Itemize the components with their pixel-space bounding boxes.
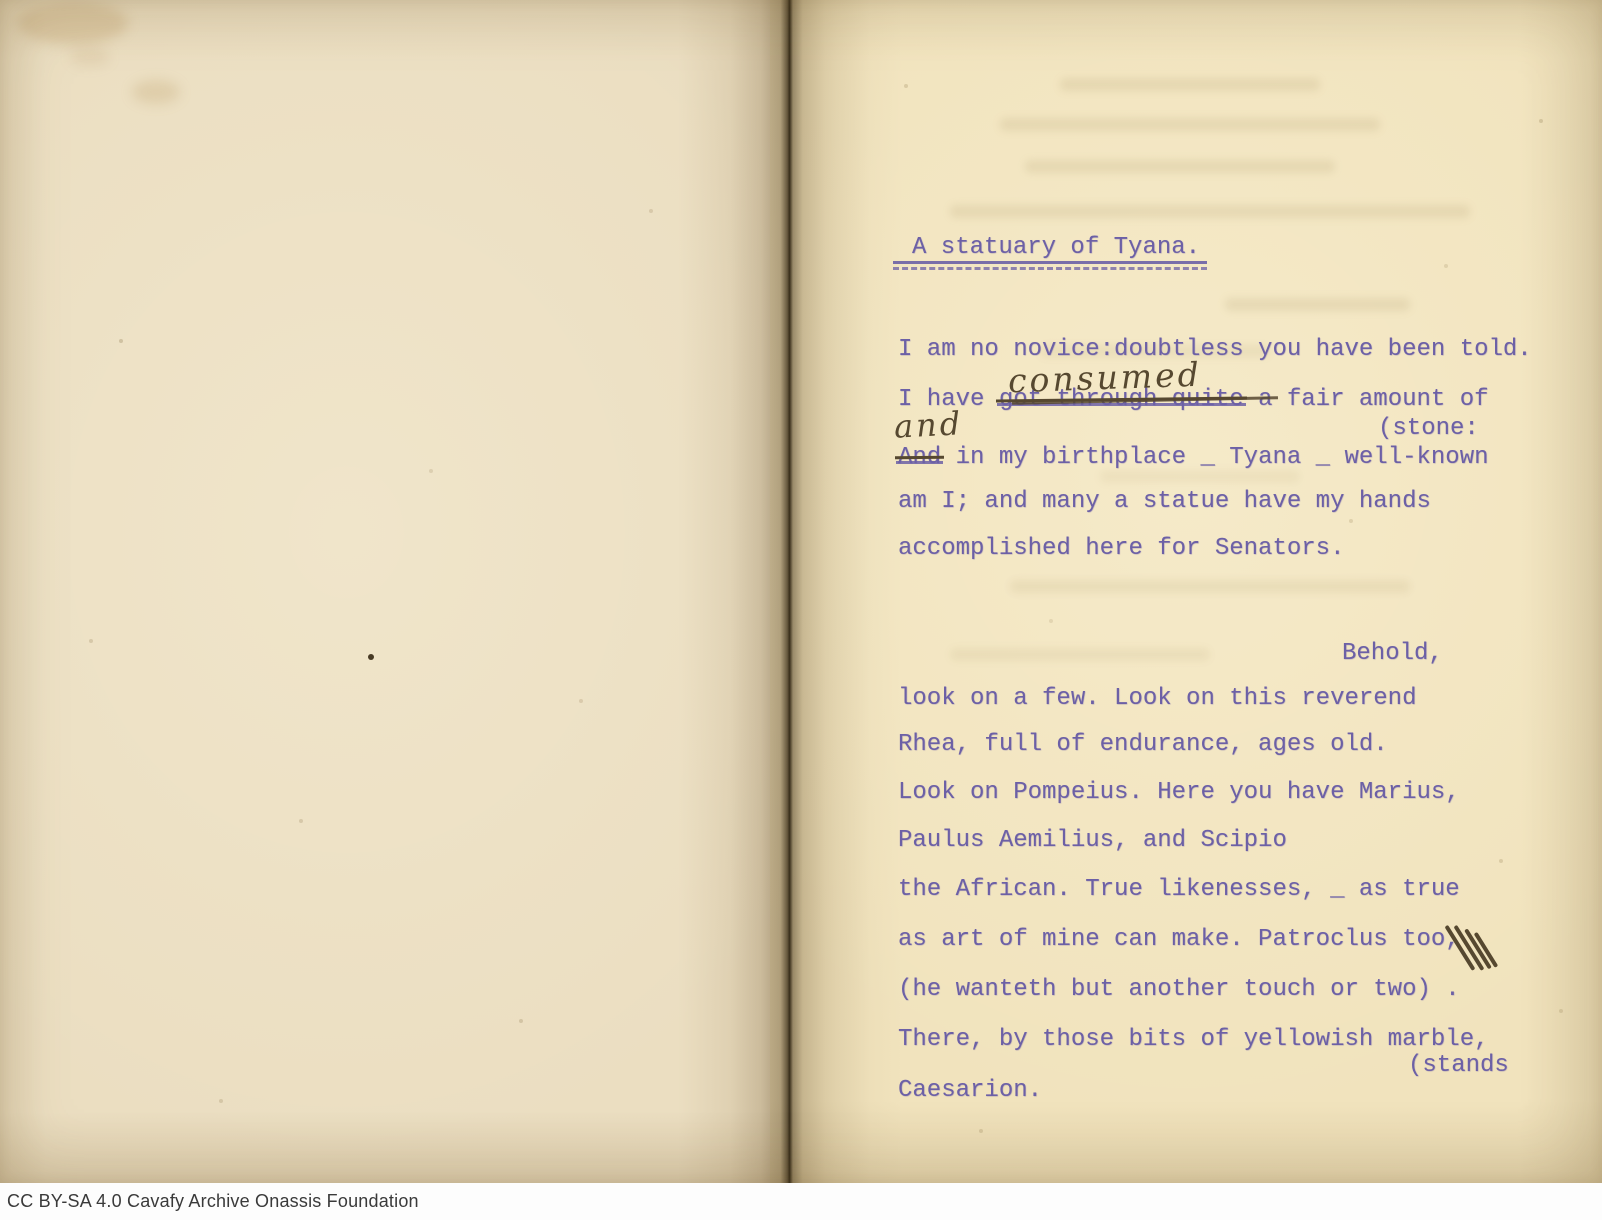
open-book: A statuary of Tyana. I am no novice:doub… bbox=[0, 0, 1602, 1183]
poem-line: (he wanteth but another touch or two) . bbox=[898, 976, 1460, 1004]
paper-specks bbox=[0, 0, 2, 2]
poem-line: Caesarion. bbox=[898, 1077, 1042, 1105]
right-page-manuscript bbox=[770, 0, 1602, 1183]
ink-strike-marks bbox=[1452, 918, 1498, 976]
poem-line: Paulus Aemilius, and Scipio bbox=[898, 827, 1287, 855]
strikethrough-text: And bbox=[898, 444, 941, 472]
license-bar: CC BY-SA 4.0 Cavafy Archive Onassis Foun… bbox=[0, 1183, 1602, 1220]
book-gutter-fold bbox=[730, 0, 870, 1183]
show-through bbox=[1225, 298, 1410, 311]
poem-line: (stands bbox=[1408, 1052, 1509, 1080]
ink-speck bbox=[368, 654, 374, 660]
title-underline-dashed bbox=[893, 267, 1207, 270]
poem-line: I am no novice:doubtless you have been t… bbox=[898, 336, 1532, 364]
scanned-manuscript-photo: A statuary of Tyana. I am no novice:doub… bbox=[0, 0, 1602, 1220]
poem-line: Behold, bbox=[1342, 640, 1443, 668]
poem-line: as art of mine can make. Patroclus too, bbox=[898, 926, 1460, 954]
poem-line: Look on Pompeius. Here you have Marius, bbox=[898, 779, 1460, 807]
poem-line: look on a few. Look on this reverend bbox=[898, 685, 1416, 713]
handwritten-correction-consumed: consumed bbox=[1007, 355, 1202, 401]
line-segment: in my birthplace _ Tyana _ well-known bbox=[941, 444, 1488, 471]
line-segment: a fair amount of bbox=[1244, 386, 1489, 413]
paper-stain bbox=[70, 48, 110, 66]
poem-line: accomplished here for Senators. bbox=[898, 535, 1344, 563]
show-through bbox=[950, 648, 1210, 661]
poem-line: There, by those bits of yellowish marble… bbox=[898, 1026, 1489, 1054]
poem-line: (stone: bbox=[1378, 415, 1479, 443]
show-through bbox=[1060, 78, 1320, 91]
paper-stain bbox=[18, 2, 128, 44]
poem-line: the African. True likenesses, _ as true bbox=[898, 876, 1460, 904]
show-through bbox=[1000, 118, 1380, 131]
show-through bbox=[1010, 580, 1410, 593]
poem-line: And in my birthplace _ Tyana _ well-know… bbox=[898, 444, 1489, 472]
poem-line: Rhea, full of endurance, ages old. bbox=[898, 731, 1388, 759]
paper-stain bbox=[132, 80, 180, 104]
show-through bbox=[1025, 160, 1335, 173]
license-text: CC BY-SA 4.0 Cavafy Archive Onassis Foun… bbox=[7, 1191, 419, 1212]
poem-title: A statuary of Tyana. bbox=[912, 234, 1200, 262]
show-through bbox=[950, 205, 1470, 218]
title-underline bbox=[893, 261, 1207, 264]
left-page-blank bbox=[0, 0, 770, 1183]
poem-line: am I; and many a statue have my hands bbox=[898, 488, 1431, 516]
handwritten-correction-and: and bbox=[893, 404, 964, 446]
